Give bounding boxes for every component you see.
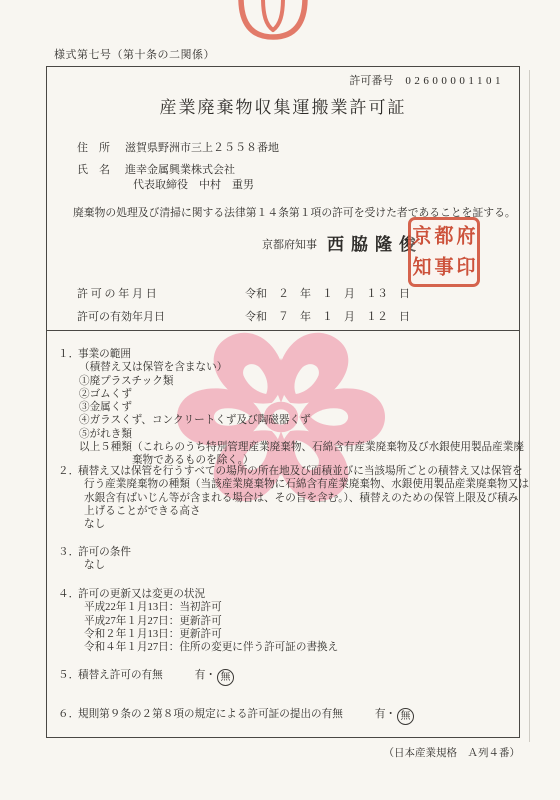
section-number: ６． <box>58 708 78 721</box>
section-number: ４． <box>58 588 78 601</box>
jis-standard-note: （日本産業規格 Ａ列４番） <box>384 745 521 760</box>
document-title: 産業廃棄物収集運搬業許可証 <box>47 93 519 118</box>
section-renewal-history: ４．許可の更新又は変更の状況 平成22年１月13日：当初許可 平成27年１月27… <box>58 588 518 654</box>
expiry-date-value: 令和 ７ 年 １ 月 １２ 日 <box>245 311 410 323</box>
permit-number-label: 許可番号 <box>349 75 393 87</box>
section-line: なし <box>58 518 518 531</box>
seal-char: 京 <box>412 221 431 251</box>
option-text: 有・ <box>375 709 396 720</box>
section-line: 令和２年１月13日：更新許可 <box>58 628 518 641</box>
section-title: 許可の更新又は変更の状況 <box>78 589 205 600</box>
section-line: 平成27年１月27日：更新許可 <box>58 615 518 628</box>
section-title: 許可の条件 <box>78 547 131 558</box>
permit-number-value: 02600001101 <box>405 75 504 87</box>
section-title: 積替え許可の有無 <box>78 670 163 681</box>
issuer-row: 京都府知事西脇隆俊 <box>262 230 423 255</box>
section-divider <box>47 330 519 331</box>
seal-char: 印 <box>456 252 475 282</box>
tally-seal-icon <box>234 0 312 42</box>
section-title: 規則第９条の２第８項の規定による許可証の提出の有無 <box>78 709 343 720</box>
company-name: 進幸金属興業株式会社 <box>125 164 235 176</box>
section-title: 事業の範囲 <box>78 349 131 360</box>
section-line: なし <box>58 559 518 572</box>
section-line: ⑤がれき類 <box>58 428 518 441</box>
section-transfer-storage: ２．積替え又は保管を行うすべての場所の所在地及び面積並びに当該場所ごとの積替え又… <box>58 465 518 531</box>
representative-name: 代表取締役 中村 重男 <box>133 176 254 192</box>
section-permit-conditions: ３．許可の条件 なし <box>58 546 518 573</box>
scanned-permit-document: 様式第七号（第十条の二関係） 許可番号02600001101 産業廃棄物収集運搬… <box>0 0 560 800</box>
name-label: 氏 名 <box>77 161 125 177</box>
issuer-title: 京都府知事 <box>262 239 317 251</box>
section-line: 上げることができる高さ <box>58 505 518 518</box>
circled-no-option: 無 <box>217 669 234 686</box>
section-number: １． <box>58 348 78 361</box>
section-line: （積替え又は保管を含まない） <box>58 361 518 374</box>
section-line: 水銀含有ばいじん等が含まれる場合は、その旨を含む。）、積替えのための保管上限及び… <box>58 492 518 505</box>
section-line: ③金属くず <box>58 401 518 414</box>
address-value: 滋賀県野洲市三上２５５８番地 <box>125 142 279 154</box>
circled-no-option: 無 <box>397 708 414 725</box>
expiry-date-label: 許可の有効年月日 <box>77 308 245 324</box>
expiry-date-row: 許可の有効年月日令和 ７ 年 １ 月 １２ 日 <box>77 308 410 324</box>
address-label: 住 所 <box>77 139 125 155</box>
section-line: ①廃プラスチック類 <box>58 375 518 388</box>
section-number: ２． <box>58 465 78 478</box>
section-line: 令和４年１月27日：住所の変更に伴う許可証の書換え <box>58 641 518 654</box>
governor-seal: 京 都 府 知 事 印 <box>408 217 480 287</box>
section-transfer-permit-presence: ５．積替え許可の有無有・無 <box>58 669 518 686</box>
form-number-label: 様式第七号（第十条の二関係） <box>54 46 215 62</box>
grant-date-row: 許 可 の 年 月 日令和 ２ 年 １ 月 １３ 日 <box>77 285 410 301</box>
seal-char: 府 <box>456 221 475 251</box>
address-row: 住 所滋賀県野洲市三上２５５８番地 <box>77 139 279 155</box>
grant-date-value: 令和 ２ 年 １ 月 １３ 日 <box>245 288 410 300</box>
section-title: 積替え又は保管を行うすべての場所の所在地及び面積並びに当該場所ごとの積替え又は保… <box>78 466 523 477</box>
section-business-scope: １．事業の範囲 （積替え又は保管を含まない） ①廃プラスチック類 ②ゴムくず ③… <box>58 348 518 468</box>
permit-number-row: 許可番号02600001101 <box>349 72 504 88</box>
section-number: ５． <box>58 669 78 682</box>
option-text: 有・ <box>195 670 216 681</box>
section-line: 行う産業廃棄物の種類（当該産業廃棄物に石綿含有産業廃棄物、水銀使用製品産業廃棄物… <box>58 478 518 491</box>
name-row: 氏 名進幸金属興業株式会社 <box>77 161 235 177</box>
scan-edge-artifact <box>529 70 530 742</box>
section-line: 以上５種類（これらのうち特別管理産業廃棄物、石綿含有産業廃棄物及び水銀使用製品産… <box>58 441 518 454</box>
seal-char: 知 <box>412 252 431 282</box>
seal-char: 事 <box>434 252 453 282</box>
section-line: ②ゴムくず <box>58 388 518 401</box>
section-line: 平成22年１月13日：当初許可 <box>58 601 518 614</box>
section-line: ④ガラスくず、コンクリートくず及び陶磁器くず <box>58 414 518 427</box>
permit-certificate-box: 許可番号02600001101 産業廃棄物収集運搬業許可証 住 所滋賀県野洲市三… <box>46 66 520 738</box>
section-certificate-submission: ６．規則第９条の２第８項の規定による許可証の提出の有無有・無 <box>58 708 518 725</box>
section-number: ３． <box>58 546 78 559</box>
seal-char: 都 <box>434 221 453 251</box>
grant-date-label: 許 可 の 年 月 日 <box>77 285 245 301</box>
